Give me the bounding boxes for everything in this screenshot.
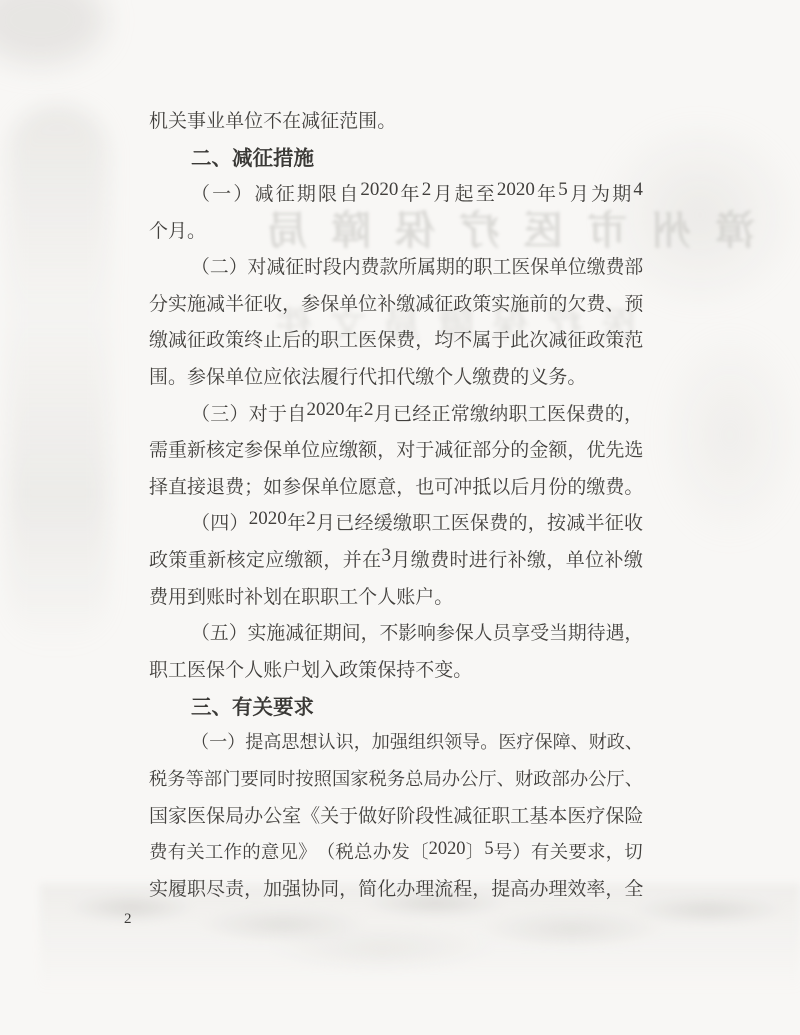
text-line: 实履职尽责，加强协同，简化办理流程，提高办理效率，全	[149, 869, 643, 906]
text-line: 费用到账时补划在职职工个人账户。	[149, 577, 643, 614]
text-line: （二）对减征时段内费款所属期的职工医保单位缴费部	[149, 247, 643, 284]
text-line: 需重新核定参保单位应缴额，对于减征部分的金额，优先选	[149, 430, 643, 467]
text-line: 机关事业单位不在减征范围。	[149, 101, 643, 138]
text-line: 税务等部门要同时按照国家税务总局办公厅、财政部办公厅、	[149, 760, 643, 797]
section-heading: 三、有关要求	[149, 687, 643, 724]
text-line: （四）2020年2月已经缓缴职工医保费的，按减半征收	[149, 504, 643, 541]
text-line: （一）提高思想认识，加强组织领导。医疗保障、财政、	[149, 723, 643, 760]
section-heading: 二、减征措施	[149, 138, 643, 175]
text-line: 个月。	[149, 211, 643, 248]
scan-artifact-top-left-shadow	[0, 0, 105, 65]
text-line: 政策重新核定应缴额，并在3月缴费时进行补缴，单位补缴	[149, 540, 643, 577]
text-line: 择直接退费；如参保单位愿意，也可冲抵以后月份的缴费。	[149, 467, 643, 504]
text-line: 缴减征政策终止后的职工医保费，均不属于此次减征政策范	[149, 321, 643, 358]
text-line: 职工医保个人账户划入政策保持不变。	[149, 650, 643, 687]
text-line: 费有关工作的意见》（税总办发〔2020〕5号）有关要求，切	[149, 833, 643, 870]
scan-artifact-right-mottle	[655, 325, 800, 545]
text-line: （一）减征期限自2020年2月起至2020年5月为期4	[149, 174, 643, 211]
text-line: （五）实施减征期间，不影响参保人员享受当期待遇，	[149, 613, 643, 650]
page-number: 2	[124, 911, 132, 928]
scan-artifact-left-strip	[8, 105, 108, 650]
document-body: 机关事业单位不在减征范围。二、减征措施（一）减征期限自2020年2月起至2020…	[149, 101, 643, 906]
scanned-page: 漳州市医疗保障局 医疗保障局文件 机关事业单位不在减征范围。二、减征措施（一）减…	[0, 0, 800, 1035]
text-line: （三）对于自2020年2月已经正常缴纳职工医保费的，	[149, 394, 643, 431]
text-line: 国家医保局办公室《关于做好阶段性减征职工基本医疗保险	[149, 796, 643, 833]
text-line: 分实施减半征收，参保单位补缴减征政策实施前的欠费、预	[149, 284, 643, 321]
text-line: 围。参保单位应依法履行代扣代缴个人缴费的义务。	[149, 357, 643, 394]
